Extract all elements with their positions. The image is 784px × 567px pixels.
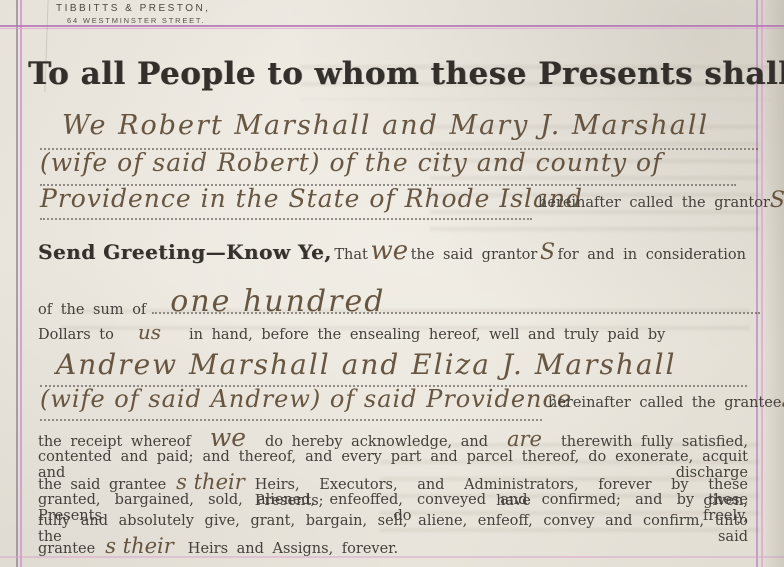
- greeting-line: Send Greeting—Know Ye, That we the said …: [38, 236, 746, 266]
- top-rule-dark: [0, 25, 784, 27]
- dollars-line: Dollars to us in hand, before the enseal…: [38, 320, 665, 346]
- document-title: To all People to whom these Presents sha…: [28, 56, 750, 92]
- top-rule-light: [0, 28, 784, 29]
- paid-by-text: in hand, before the ensealing hereof, we…: [189, 327, 665, 343]
- that-text: That: [334, 247, 367, 263]
- we-handwriting: we: [370, 236, 408, 266]
- grantee-residence-line: (wife of said Andrew) of said Providence…: [40, 385, 758, 419]
- grantor-plural-s-handwriting: S: [770, 188, 784, 213]
- grantor-names-handwriting: We Robert Marshall and Mary J. Marshall: [62, 110, 709, 141]
- heirs-assigns-text: Heirs and Assigns, forever.: [188, 541, 398, 557]
- grantor-state-line: Providence in the State of Rhode Island …: [40, 184, 758, 218]
- letterhead-address: 64 WESTMINSTER STREET.: [67, 16, 205, 25]
- their-final-handwriting: s their: [105, 534, 174, 558]
- greeting-plural-s-handwriting: S: [540, 240, 555, 265]
- grantee-hereinafter-text: hereinafter called the grantee: [542, 395, 781, 411]
- left-margin-rule-pink: [20, 0, 22, 567]
- sum-line: of the sum of one hundred: [38, 286, 760, 314]
- dollars-to-text: Dollars to: [38, 327, 114, 343]
- us-handwriting: us: [138, 320, 161, 344]
- grantee-final-text: grantee: [38, 541, 95, 557]
- grantee-names-handwriting: Andrew Marshall and Eliza J. Marshall: [56, 348, 677, 381]
- satisfied-text: therewith fully satisfied,: [561, 434, 748, 450]
- body-line-assigns: grantee s their Heirs and Assigns, forev…: [38, 534, 398, 558]
- grantor-residence-blank: (wife of said Robert) of the city and co…: [40, 148, 736, 186]
- receipt-line: the receipt whereof we do hereby acknowl…: [38, 423, 748, 449]
- grantee-residence-handwriting: (wife of said Andrew) of said Providence: [40, 385, 542, 421]
- receipt-we-handwriting: we: [210, 423, 246, 452]
- their-handwriting: s their: [176, 470, 245, 494]
- send-greeting-text: Send Greeting—Know Ye,: [38, 240, 332, 264]
- sum-amount-blank: one hundred: [152, 286, 760, 314]
- consideration-text: for and in consideration: [558, 247, 746, 263]
- grantee-names-blank: Andrew Marshall and Eliza J. Marshall: [40, 348, 747, 387]
- letterhead-firm-name: TIBBITTS & PRESTON,: [56, 3, 211, 14]
- receipt-whereof-text: the receipt whereof: [38, 434, 191, 450]
- left-margin-rule-dark: [16, 0, 18, 567]
- grantor-names-blank: We Robert Marshall and Mary J. Marshall: [40, 110, 758, 150]
- deed-document-scan: TIBBITTS & PRESTON, 64 WESTMINSTER STREE…: [0, 0, 784, 567]
- are-handwriting: are: [507, 427, 542, 451]
- said-grantee-text: the said grantee: [38, 477, 166, 493]
- of-the-sum-of-text: of the sum of: [38, 302, 146, 318]
- body-line-grantee-heirs: the said grantee s their Heirs, Executor…: [38, 470, 748, 494]
- grantor-residence-handwriting: (wife of said Robert) of the city and co…: [40, 148, 662, 177]
- said-grantor-text: the said grantor: [411, 247, 538, 263]
- sum-amount-handwriting: one hundred: [170, 284, 385, 319]
- acknowledge-text: do hereby acknowledge, and: [265, 434, 488, 450]
- grantor-hereinafter-text: hereinafter called the grantor: [532, 195, 770, 211]
- grantor-state-handwriting: Providence in the State of Rhode Island: [40, 184, 532, 220]
